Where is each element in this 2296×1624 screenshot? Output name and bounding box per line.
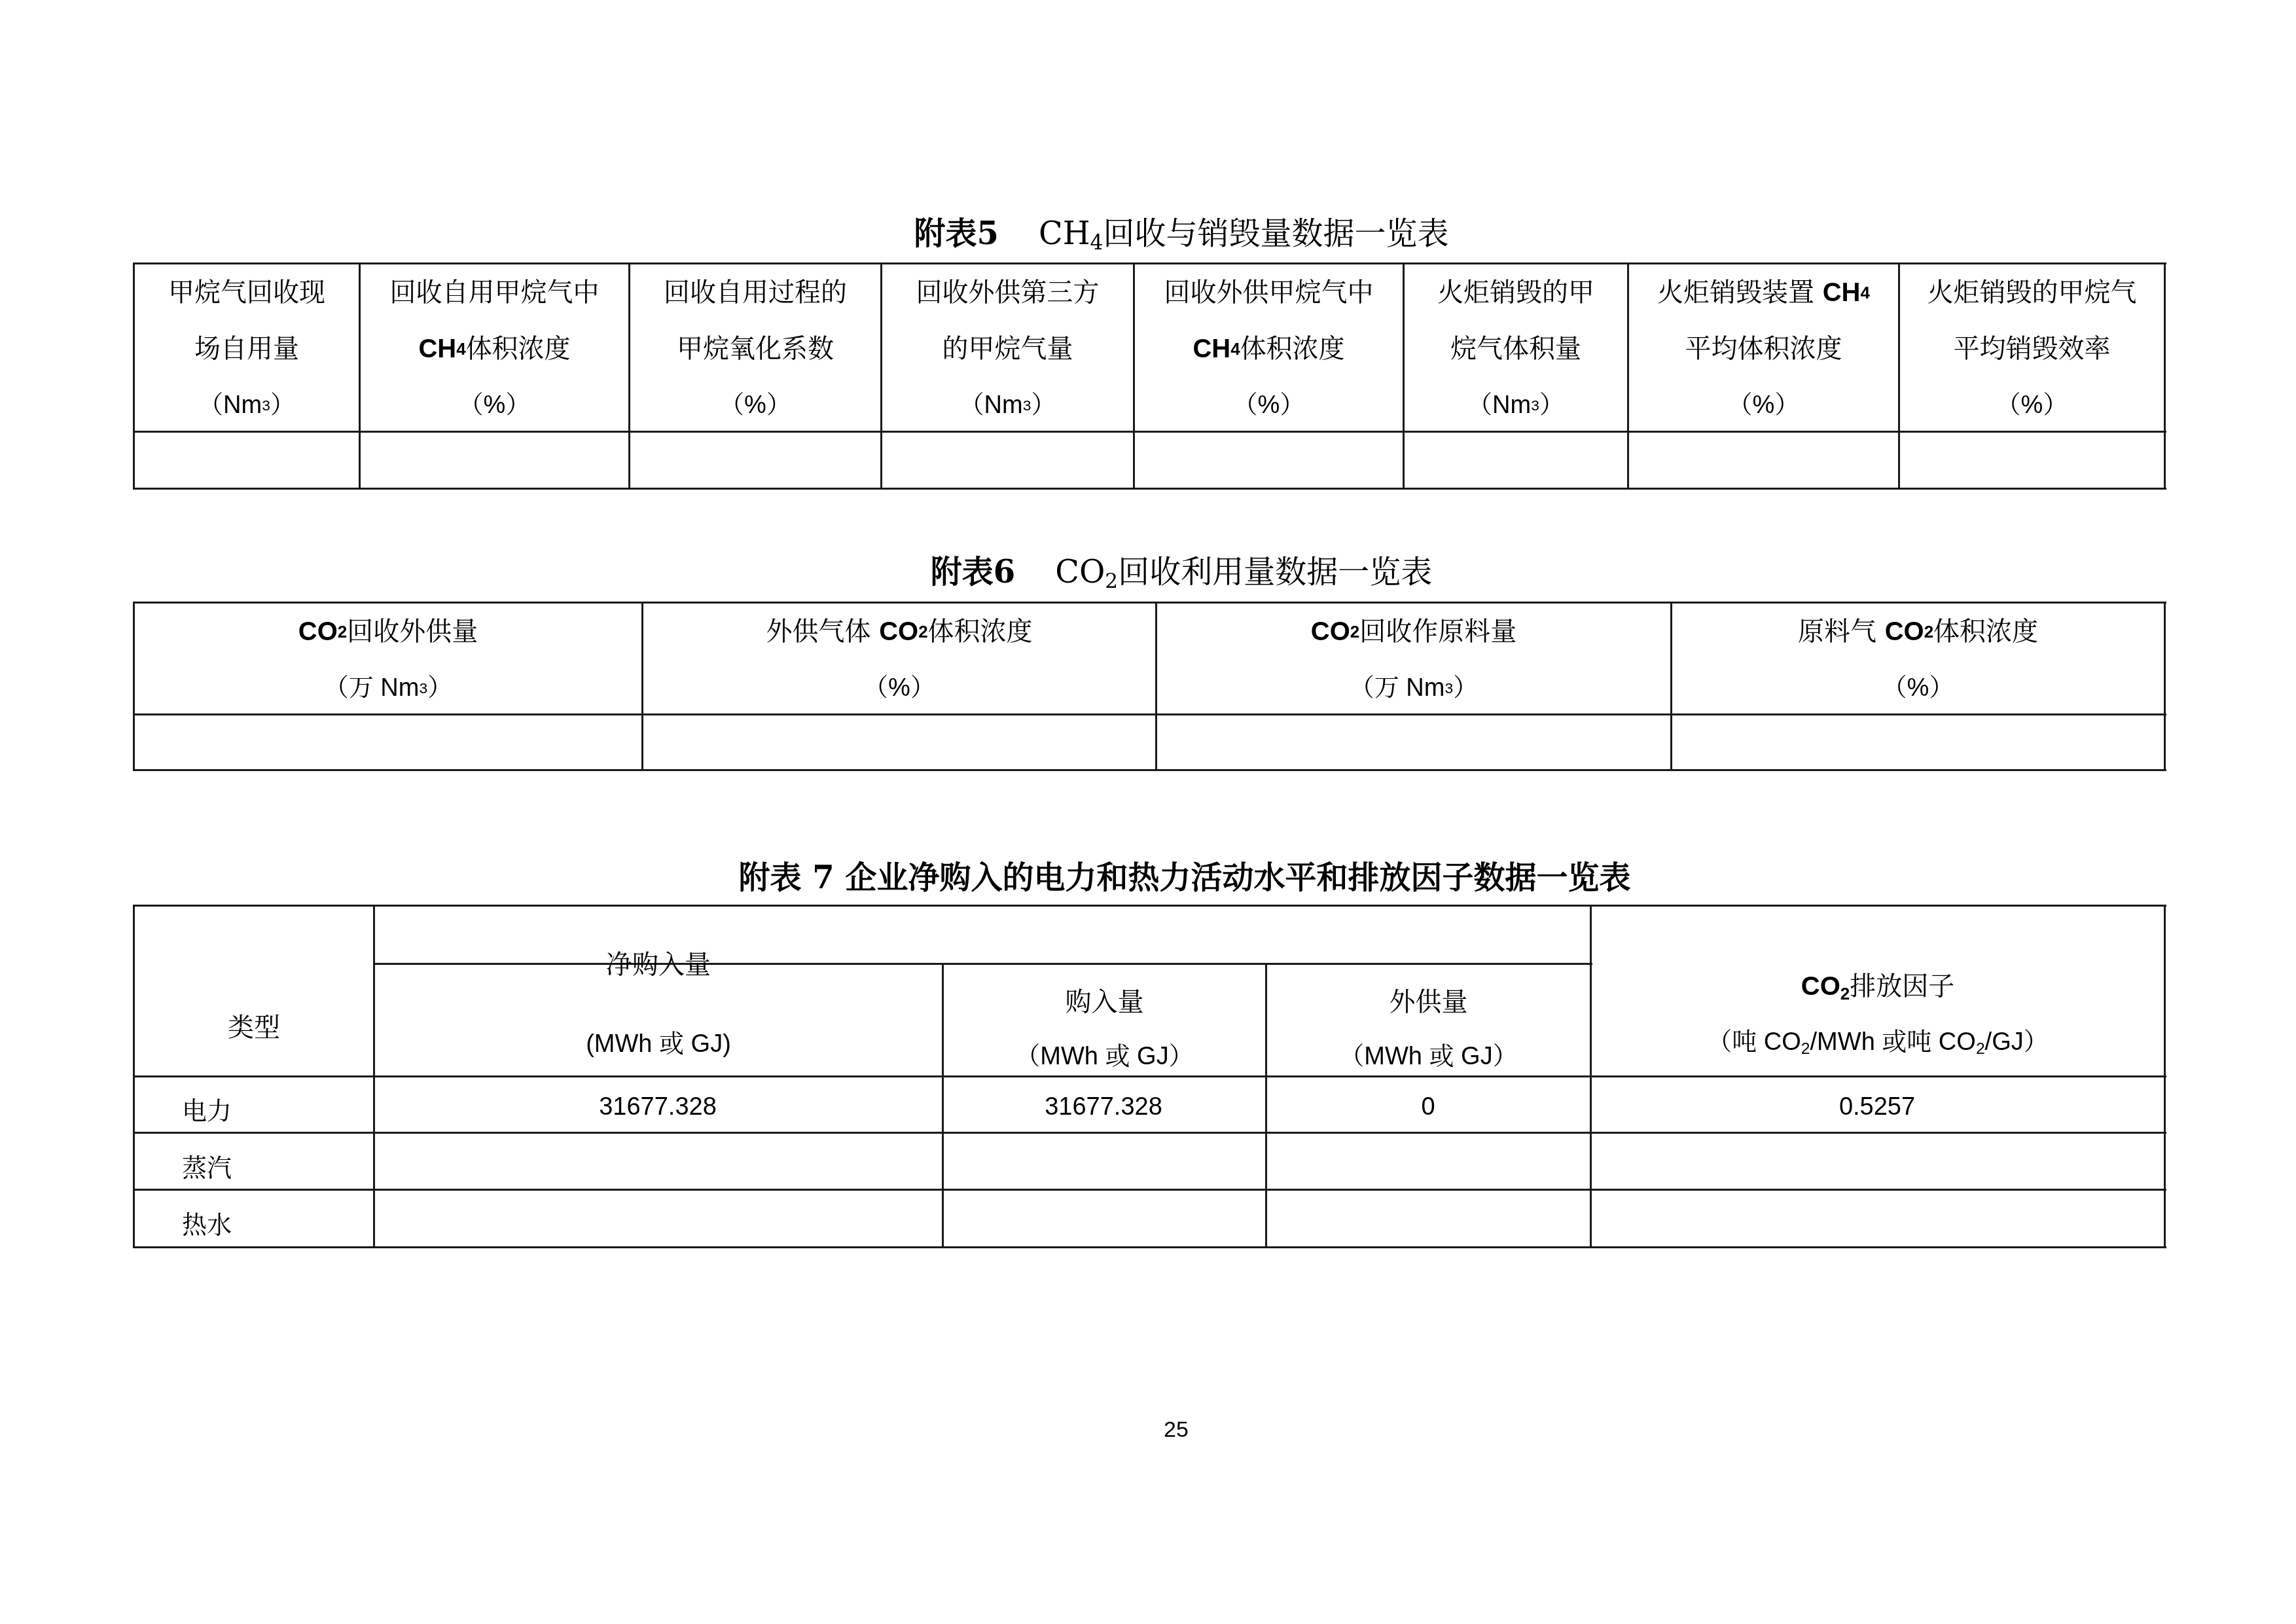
table6-title-prefix: 附表6 (931, 554, 1015, 590)
row-factor-value: 0.5257 (1839, 1094, 1915, 1119)
table7-header-factor: CO2排放因子 (1592, 973, 2164, 1002)
table7-header-net-purchase-unit: (MWh 或 GJ) (375, 1032, 942, 1056)
table7-header-factor-unit: （吨 CO2/MWh 或吨 CO2/GJ） (1592, 1030, 2164, 1058)
table5-header-cell: 甲烷气回收现 场自用量 （Nm3） (135, 264, 359, 433)
table6-header-cell: CO2回收作原料量 （万 Nm3） (1157, 604, 1670, 716)
table5-title-chem: CH4 (1039, 215, 1103, 252)
table6-col-line (2164, 602, 2166, 771)
table7-row-divider (133, 1132, 2166, 1134)
table7-header-purchase: 购入量 (944, 989, 1265, 1015)
table6-title-text: 回收利用量数据一览表 (1118, 554, 1432, 590)
row-type-label: 蒸汽 (182, 1155, 232, 1180)
table6-title: 附表6 CO2回收利用量数据一览表 (931, 556, 1432, 592)
row-type-label: 热水 (182, 1212, 232, 1237)
table5-col-line (2164, 262, 2166, 490)
table7-header-purchase-unit: （MWh 或 GJ） (944, 1044, 1265, 1069)
table5-header-cell: 回收外供第三方 的甲烷气量 （Nm3） (882, 264, 1133, 433)
table7-row-divider (133, 1189, 2166, 1191)
table5-header-cell: 火炬销毁装置 CH4 平均体积浓度 （%） (1629, 264, 1898, 433)
table5-data-cell (882, 433, 1133, 488)
table6-data-cell (643, 715, 1155, 769)
table6-header-cell: CO2回收外供量 （万 Nm3） (135, 604, 641, 716)
row-supply-value: 0 (1421, 1094, 1435, 1119)
table7-col-line (2164, 905, 2166, 1248)
table5-title-text: 回收与销毁量数据一览表 (1103, 215, 1448, 252)
table5-data-cell (361, 433, 628, 488)
table5-title: 附表5 CH4回收与销毁量数据一览表 (914, 218, 1449, 253)
table7-header-supply-unit: （MWh 或 GJ） (1267, 1044, 1590, 1069)
table7-header-supply: 外供量 (1267, 989, 1590, 1015)
table6-data-cell (1157, 715, 1670, 769)
table5-data-cell (1405, 433, 1627, 488)
table6-data-cell (135, 715, 641, 769)
table5-data-cell (135, 433, 359, 488)
table6-header-cell: 原料气 CO2体积浓度 （%） (1672, 604, 2164, 716)
page-number: 25 (1164, 1418, 1189, 1441)
table5-title-prefix: 附表5 (914, 215, 999, 252)
table5-data-cell (1135, 433, 1403, 488)
table5-border-bottom (133, 488, 2166, 490)
table6-title-chem: CO2 (1055, 554, 1118, 590)
table7-title: 附表 7 企业净购入的电力和热力活动水平和排放因子数据一览表 (739, 862, 1631, 893)
row-purchase-value: 31677.328 (1045, 1094, 1162, 1119)
table7-header-type: 类型 (135, 1015, 373, 1041)
table5-header-cell: 回收自用甲烷气中 CH4体积浓度 （%） (361, 264, 628, 433)
table5-data-cell (1629, 433, 1898, 488)
table5-header-cell: 火炬销毁的甲烷气 平均销毁效率 （%） (1900, 264, 2164, 433)
table6-header-cell: 外供气体 CO2体积浓度 （%） (643, 604, 1155, 716)
table7-header-divider (133, 1075, 2166, 1077)
table7-border-bottom (133, 1246, 2166, 1248)
table5-header-cell: 回收自用过程的 甲烷氧化系数 （%） (630, 264, 880, 433)
table7-col-line (133, 905, 135, 1248)
table5-header-cell: 火炬销毁的甲 烷气体积量 （Nm3） (1405, 264, 1627, 433)
table5-header-cell: 回收外供甲烷气中 CH4体积浓度 （%） (1135, 264, 1403, 433)
table5-data-cell (630, 433, 880, 488)
table5-data-cell (1900, 433, 2164, 488)
row-net-purchase-value: 31677.328 (599, 1094, 717, 1119)
table6-data-cell (1672, 715, 2164, 769)
table7-border-top (133, 905, 2166, 907)
row-type-label: 电力 (182, 1098, 232, 1123)
table7-col-line (1590, 905, 1592, 1248)
table6-border-bottom (133, 769, 2166, 771)
table7-header-net-purchase: 净购入量 (375, 952, 942, 978)
